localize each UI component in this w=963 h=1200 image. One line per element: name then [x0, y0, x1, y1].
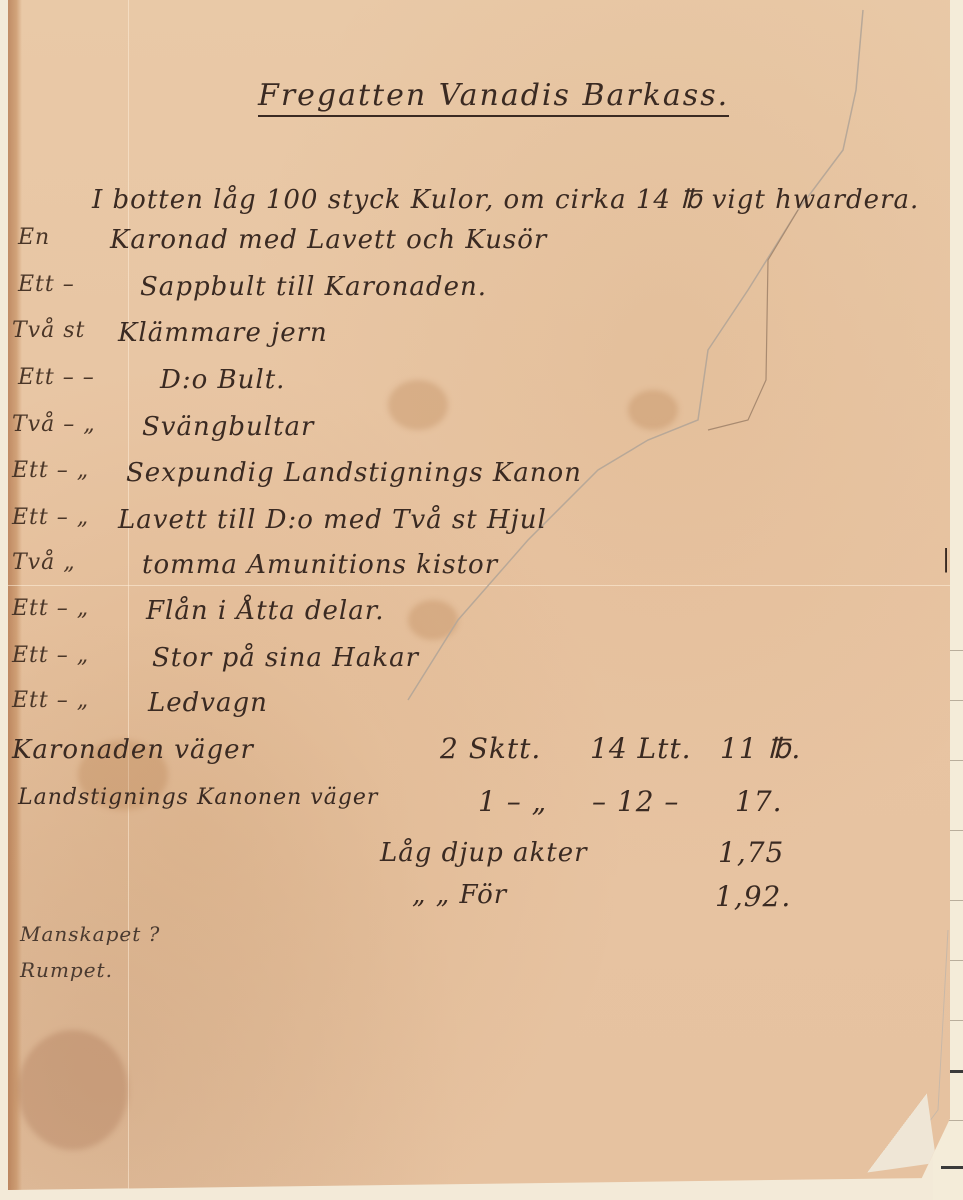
inventory-line-1: I botten låg 100 styck Kulor, om cirka 1…: [92, 185, 919, 215]
weight-pound: 11 ℔.: [720, 732, 801, 765]
inventory-line-11: Stor på sina Hakar: [152, 643, 419, 673]
inventory-line-8: Lavett till D:o med Två st Hjul: [118, 505, 547, 535]
worn-left-edge: [8, 0, 22, 1190]
line-margin-qty: Ett – „: [12, 643, 89, 668]
line-margin-qty: En: [18, 225, 50, 250]
inventory-line-5: D:o Bult.: [160, 365, 285, 395]
inventory-line-3: Sappbult till Karonaden.: [140, 272, 487, 302]
line-margin-qty: Ett – „: [12, 688, 89, 713]
weight-label-kanon: Landstignings Kanonen väger: [18, 785, 378, 810]
fold-crease-horizontal: [8, 585, 950, 586]
inventory-line-6: Svängbultar: [142, 412, 314, 442]
draught-value-aft: 1,75: [718, 836, 784, 869]
weight-lispund: – 12 –: [592, 785, 679, 818]
inventory-line-2: Karonad med Lavett och Kusör: [110, 225, 547, 255]
line-margin-qty: Ett – „: [12, 596, 89, 621]
ruled-line-thick: [941, 1166, 963, 1169]
draught-label-aft: Låg djup akter: [380, 838, 588, 868]
line-margin-qty: Ett – –: [18, 365, 95, 390]
inventory-line-9: tomma Amunitions kistor: [142, 550, 498, 580]
document-title: Fregatten Vanadis Barkass.: [258, 78, 729, 117]
water-stain: [18, 1030, 128, 1150]
inventory-line-7: Sexpundig Landstignings Kanon: [126, 458, 582, 488]
draught-label-fore: „ „ För: [412, 880, 507, 910]
curled-corner: [857, 1093, 936, 1172]
line-margin-qty: Ett – „: [12, 458, 89, 483]
stray-ink-mark: |: [942, 545, 951, 573]
line-margin-qty: Ett –: [18, 272, 75, 297]
pencil-note-2: Rumpet.: [20, 958, 113, 982]
paper-tear-lines: [8, 0, 950, 1190]
weight-pound: 17.: [735, 785, 783, 818]
water-stain: [388, 380, 448, 430]
line-margin-qty: Två – „: [12, 412, 96, 437]
inventory-line-4: Klämmare jern: [118, 318, 328, 348]
weight-lispund: 14 Ltt.: [590, 732, 692, 765]
weight-skeppund: 2 Sktt.: [440, 732, 541, 765]
pencil-note-1: Manskapet ?: [20, 922, 160, 946]
weight-skeppund: 1 – „: [478, 785, 547, 818]
draught-value-fore: 1,92.: [715, 880, 791, 913]
line-margin-qty: Två „: [12, 550, 76, 575]
weight-label-karonad: Karonaden väger: [12, 735, 254, 765]
line-margin-qty: Ett – „: [12, 505, 89, 530]
manuscript-sheet: [8, 0, 950, 1190]
fold-crease-vertical: [128, 0, 129, 1190]
inventory-line-10: Flån i Åtta delar.: [146, 596, 385, 626]
line-margin-qty: Två st: [12, 318, 85, 343]
water-stain: [628, 390, 678, 430]
water-stain: [408, 600, 458, 640]
inventory-line-12: Ledvagn: [148, 688, 268, 718]
